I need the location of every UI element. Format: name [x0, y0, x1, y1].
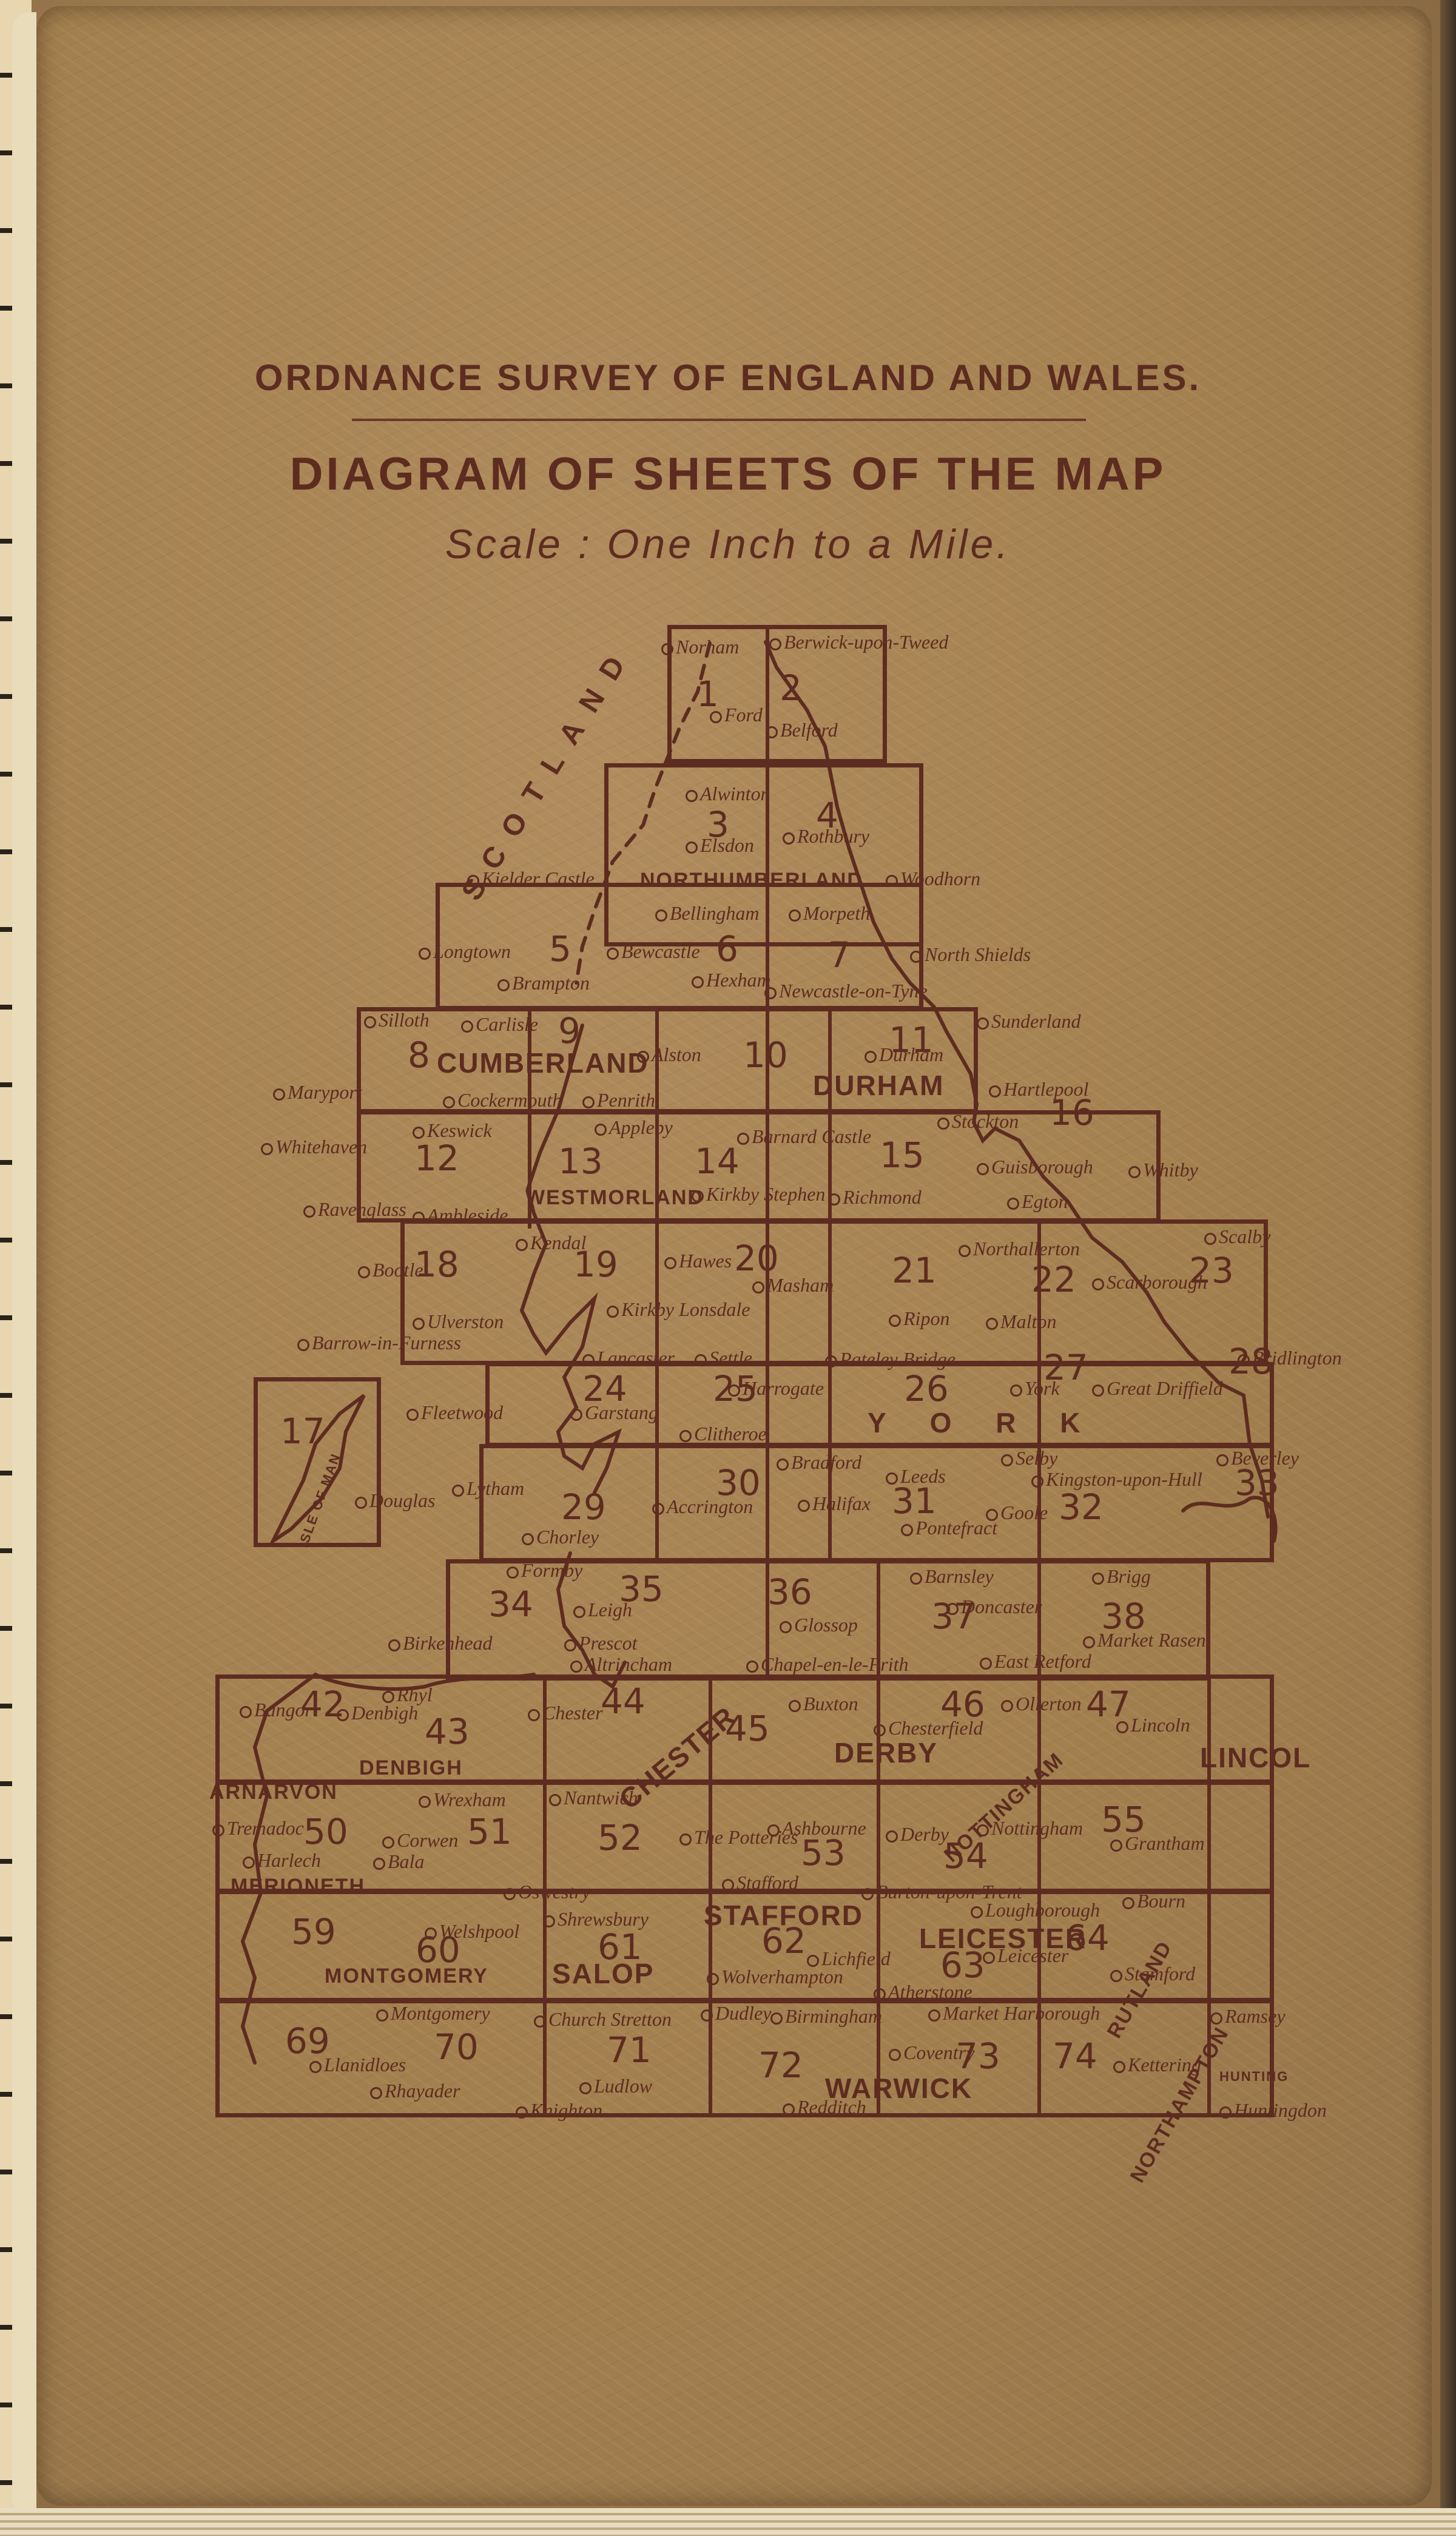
town-label: Whitby — [1128, 1159, 1198, 1181]
town-label: Rothbury — [783, 825, 869, 848]
town-label: Bootle — [358, 1259, 423, 1281]
town-label: Derby — [886, 1823, 949, 1846]
town-label: Garstang — [570, 1401, 658, 1424]
town-label: Market Rasen — [1083, 1629, 1206, 1651]
sheet-number: 59 — [291, 1911, 336, 1952]
town-label: Wrexham — [419, 1789, 506, 1811]
town-label: Loughborough — [971, 1899, 1100, 1921]
town-label: Durham — [864, 1044, 943, 1066]
town-label: Maryport — [273, 1081, 362, 1104]
town-label: Fleetwood — [406, 1401, 503, 1424]
town-label: Atherstone — [874, 1981, 972, 2003]
town-label: Montgomery — [376, 2002, 490, 2025]
town-label: Chapel-en-le-Frith — [746, 1653, 908, 1676]
town-label: Cockermouth — [443, 1089, 562, 1111]
sheet-number: 45 — [725, 1708, 770, 1749]
sheet-number: 14 — [695, 1141, 740, 1182]
montgomery-label: MONTGOMERY — [325, 1964, 488, 1988]
town-label: York — [1010, 1377, 1060, 1400]
sheet-number: 29 — [561, 1486, 606, 1528]
town-label: Nottingham — [977, 1817, 1083, 1840]
sheet-number: 8 — [408, 1034, 430, 1076]
town-label: East Retford — [980, 1650, 1091, 1673]
town-label: Brigg — [1092, 1565, 1151, 1588]
northumberland-label: NORTHUMBERLAND — [640, 869, 863, 892]
town-label: Great Driffield — [1092, 1377, 1223, 1400]
grid-divider — [655, 1007, 659, 1562]
town-label: Belford — [766, 719, 838, 741]
town-label: Halifax — [798, 1492, 871, 1515]
town-label: Norham — [661, 636, 739, 658]
sheet-number: 5 — [549, 928, 571, 970]
westmorland-label: WESTMORLAND — [525, 1186, 704, 1210]
town-label: Scalby — [1204, 1226, 1270, 1248]
town-label: Bewcastle — [607, 940, 700, 963]
town-label: Glossop — [780, 1614, 858, 1636]
town-label: Coventry — [889, 2042, 974, 2064]
town-label: Redditch — [783, 2096, 866, 2119]
sheet-number: 71 — [607, 2029, 652, 2071]
town-label: Barrow-in-Furness — [297, 1332, 461, 1354]
sheet-number: 34 — [488, 1583, 533, 1625]
town-label: Ulverston — [413, 1310, 504, 1333]
sheet-number: 26 — [904, 1368, 949, 1409]
carnarvon-label: ARNARVON — [209, 1781, 338, 1804]
town-label: Guisborough — [977, 1156, 1093, 1178]
york-label: Y O R K — [868, 1406, 1098, 1439]
town-label: Doncaster — [946, 1596, 1042, 1618]
town-label: Barnsley — [910, 1565, 994, 1588]
sheet-number: 44 — [601, 1681, 645, 1722]
town-label: Corwen — [382, 1829, 458, 1852]
town-label: Silloth — [364, 1009, 430, 1031]
sheet-number: 6 — [716, 928, 738, 970]
town-label: Northallerton — [959, 1238, 1080, 1260]
town-label: Goole — [986, 1502, 1048, 1524]
town-label: Berwick-upon-Tweed — [769, 631, 948, 653]
town-label: Chesterfield — [874, 1717, 983, 1739]
town-label: Stockton — [937, 1110, 1019, 1133]
sheet-number: 21 — [892, 1250, 937, 1291]
town-label: Pateley Bridge — [825, 1348, 955, 1371]
sheet-number: 20 — [734, 1238, 779, 1279]
town-label: Ford — [710, 704, 763, 726]
sheet-number: 10 — [743, 1034, 788, 1076]
town-label: Rhayader — [370, 2080, 460, 2102]
town-label: Church Stretton — [534, 2008, 672, 2031]
sheet-number: 61 — [598, 1926, 642, 1968]
town-label: Barnard Castle — [737, 1125, 871, 1148]
town-label: Woodhorn — [886, 868, 980, 890]
huntingdon-label: HUNTING — [1219, 2069, 1289, 2085]
sheet-number: 63 — [940, 1944, 985, 1986]
sheet-number: 43 — [425, 1711, 470, 1752]
sheet-number: 15 — [880, 1135, 925, 1176]
sheet-number: 2 — [780, 667, 802, 709]
town-label: Kingston-upon-Hull — [1031, 1468, 1202, 1491]
town-label: Malton — [986, 1310, 1056, 1333]
town-label: Ollerton — [1001, 1693, 1081, 1715]
sheet-number: 22 — [1031, 1259, 1076, 1300]
town-label: Ripon — [889, 1307, 949, 1330]
town-label: Altrincham — [570, 1653, 672, 1676]
sheet-number: 51 — [467, 1811, 512, 1852]
town-label: Buxton — [789, 1693, 858, 1715]
town-label: Whitehaven — [261, 1136, 367, 1158]
town-label: Llanidloes — [309, 2054, 406, 2076]
town-label: The Potteries — [679, 1826, 798, 1849]
town-label: Bala — [373, 1850, 424, 1873]
town-label: Nantwich — [549, 1787, 638, 1809]
town-label: Keswick — [413, 1119, 492, 1142]
town-label: Douglas — [355, 1489, 435, 1512]
town-label: Lancaster — [582, 1347, 675, 1369]
town-label: Lincoln — [1116, 1714, 1190, 1736]
town-label: Penrith — [582, 1089, 655, 1111]
sheet-number: 72 — [758, 2045, 803, 2086]
town-label: Kirkby Lonsdale — [607, 1298, 750, 1321]
sheet-number: 70 — [434, 2026, 479, 2068]
sheet-number: 13 — [558, 1141, 603, 1182]
town-label: Prescot — [564, 1632, 638, 1654]
town-label: Longtown — [419, 940, 511, 963]
town-label: Bourn — [1122, 1890, 1185, 1912]
durham-label: DURHAM — [813, 1069, 944, 1102]
sheet-number: 32 — [1059, 1486, 1104, 1528]
town-label: Tremadoc — [212, 1817, 304, 1840]
town-label: Shrewsbury — [543, 1908, 649, 1931]
town-label: Chester — [528, 1702, 603, 1724]
sheet-index-map: SCOTLAND NORTHUMBERLAND CUMBERLAND DURHA… — [0, 0, 1456, 2536]
town-label: Carlisle — [461, 1013, 538, 1036]
town-label: Ludlow — [579, 2075, 652, 2097]
merioneth-label: MERIONETH — [231, 1875, 365, 1898]
town-label: Morpeth — [789, 902, 870, 925]
sheet-number: 7 — [828, 934, 851, 976]
town-label: Richmond — [828, 1186, 922, 1209]
town-label: Leicester — [983, 1944, 1068, 1967]
town-label: Leeds — [886, 1465, 946, 1488]
town-label: Oswestry — [504, 1881, 590, 1903]
town-label: Birkenhead — [388, 1632, 493, 1654]
town-label: Kettering — [1113, 2054, 1201, 2076]
lincoln-label: LINCOL — [1200, 1741, 1311, 1774]
town-label: Wolverhampton — [707, 1966, 843, 1988]
town-label: Stamford — [1110, 1963, 1195, 1985]
derby-label: DERBY — [834, 1736, 938, 1769]
town-label: Accrington — [652, 1496, 753, 1518]
town-label: Masham — [752, 1274, 834, 1297]
town-label: Huntingdon — [1219, 2099, 1327, 2122]
sheet-number: 64 — [1065, 1917, 1110, 1958]
town-label: Harlech — [243, 1849, 321, 1872]
town-label: Dudley — [701, 2002, 771, 2025]
town-label: Kielder Castle — [467, 868, 595, 890]
town-label: Denbigh — [337, 1702, 418, 1724]
town-label: Scarborough — [1092, 1271, 1207, 1293]
town-label: Bridlington — [1238, 1347, 1342, 1369]
town-label: Hartlepool — [989, 1078, 1088, 1101]
town-label: Elsdon — [686, 834, 754, 857]
grid-divider — [877, 1559, 880, 2117]
sheet-number: 54 — [943, 1835, 988, 1877]
cumberland-label: CUMBERLAND — [437, 1047, 649, 1079]
sheet-number: 62 — [761, 1920, 806, 1961]
sheet-number: 12 — [414, 1138, 459, 1179]
denbigh-label: DENBIGH — [359, 1756, 463, 1780]
town-label: Bangor — [240, 1699, 312, 1721]
town-label: Bellingham — [655, 902, 760, 925]
sheet-number: 74 — [1053, 2035, 1097, 2077]
town-label: Kendal — [516, 1232, 586, 1254]
town-label: Ravenglass — [303, 1198, 406, 1221]
town-label: Appleby — [595, 1116, 673, 1139]
town-label: Chorley — [522, 1526, 599, 1548]
sheet-number: 17 — [280, 1411, 325, 1452]
town-label: Alwinton — [686, 783, 770, 805]
sheet-number: 50 — [303, 1811, 348, 1852]
town-label: Lytham — [452, 1477, 524, 1500]
town-label: Clitheroe — [679, 1423, 767, 1445]
town-label: Ambleside — [413, 1204, 508, 1227]
town-label: Bradford — [777, 1451, 861, 1474]
town-label: Kirkby Stephen — [692, 1183, 825, 1206]
town-label: Brampton — [497, 972, 590, 994]
sheet-number: 36 — [767, 1571, 812, 1613]
town-label: Hexham — [692, 969, 771, 991]
town-label: Knighton — [516, 2099, 602, 2122]
sheet-number: 52 — [598, 1817, 642, 1858]
town-label: Formby — [507, 1559, 582, 1582]
town-label: Birmingham — [770, 2005, 882, 2028]
town-label: Ramsey — [1210, 2005, 1286, 2028]
town-label: Leigh — [573, 1599, 632, 1621]
town-label: Market Harborough — [928, 2002, 1100, 2025]
town-label: Hawes — [664, 1250, 732, 1272]
sheet-number: 9 — [558, 1010, 581, 1051]
town-label: Pontefract — [901, 1517, 997, 1539]
town-label: Harrogate — [728, 1377, 824, 1400]
town-label: Newcastle-on-Tyne — [764, 980, 928, 1002]
town-label: Selby — [1001, 1447, 1057, 1469]
town-label: Grantham — [1110, 1832, 1205, 1855]
town-label: Welshpool — [425, 1920, 519, 1943]
town-label: Beverley — [1216, 1447, 1299, 1469]
town-label: Stafford — [722, 1872, 798, 1894]
town-label: Sunderland — [977, 1010, 1081, 1033]
town-label: North Shields — [910, 943, 1031, 966]
town-label: Settle — [695, 1347, 752, 1369]
town-label: Egton — [1007, 1190, 1068, 1213]
town-label: Alston — [637, 1044, 701, 1066]
